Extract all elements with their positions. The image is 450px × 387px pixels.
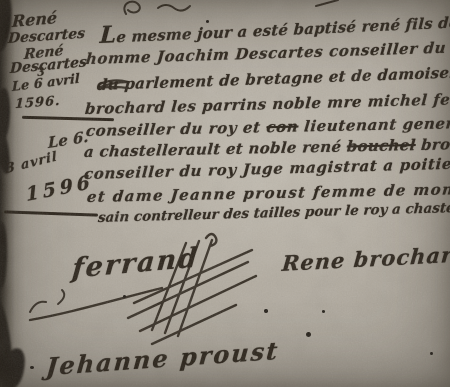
ink-flourish [58, 290, 64, 304]
entry-line: brochard les parrins noble mre michel fe… [84, 89, 450, 118]
signature-jehanne-proust: Jehanne proust [45, 336, 281, 382]
previous-entry-flourish [124, 2, 139, 14]
ink-speck [430, 352, 433, 355]
previous-entry-flourish [158, 5, 190, 11]
previous-entry-flourish [316, 0, 338, 6]
manuscript-page: René Descartes René Descartes 3 Le 6 avr… [0, 0, 450, 387]
entry-line-segment: lieutenant general [297, 114, 450, 136]
ink-speck [264, 309, 268, 313]
signature-ferrand: ferrand [71, 242, 201, 284]
entry-line-segment: brochar [415, 134, 450, 154]
margin-date-line: 1596. [15, 94, 61, 112]
ink-speck [322, 310, 325, 313]
ink-speck [30, 366, 34, 369]
ink-speck [123, 295, 126, 298]
margin-date-line: Le 6. [48, 128, 89, 153]
signature-rene-brochard: Rene brochard [281, 241, 450, 276]
entry-line-segment: a chastellerault et noble rené [83, 137, 347, 161]
ink-speck [306, 332, 311, 337]
ink-flourish [30, 302, 46, 312]
ink-speck [206, 20, 209, 23]
struck-word: con [266, 118, 300, 137]
struck-word: bouchel [346, 136, 416, 155]
entry-line-segment: conseiller du roy et [85, 118, 267, 140]
entry-line: du parlement de bretagne et de damoisell… [96, 61, 450, 94]
